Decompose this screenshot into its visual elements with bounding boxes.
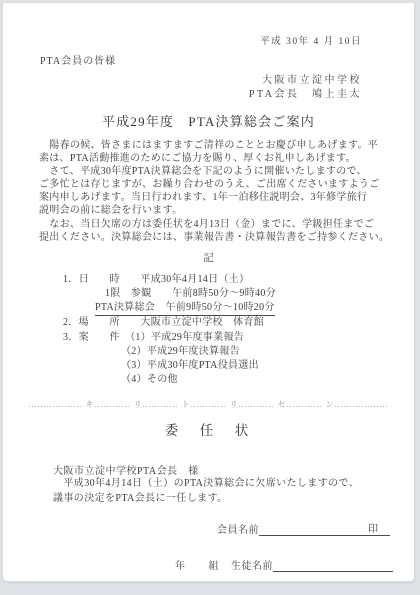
agenda-item: （2）平成29年度決算報告	[121, 345, 414, 359]
record-heading: 記	[3, 250, 414, 265]
recipient-line: PTA会員の皆様	[40, 52, 414, 67]
body-line: さて、平成30年度PTA決算総会を下記のように開催いたしますので、	[39, 165, 380, 178]
body-line: ご多忙とは存じますが、お繰り合わせのうえ、ご出席くださいますようご	[39, 178, 380, 191]
proxy-body-line: 議事の決定をPTA会長に一任します。	[53, 492, 414, 507]
details-list: 1．日 時 平成30年4月14日（土） 1限 参観 午前8時50分～9時40分 …	[63, 273, 414, 388]
grade-label: 年	[175, 557, 186, 572]
member-name-label: 会員名前	[217, 521, 259, 536]
student-name-label: 生徒名前	[231, 557, 273, 572]
detail-session-2-underlined: PTA決算総会 午前9時50分～10時20分	[95, 301, 275, 316]
body-line: なお、当日欠席の方は委任状を4月13日（金）までに、学級担任までご	[39, 218, 380, 231]
member-name-field	[259, 523, 367, 536]
document-viewer: { "document": { "date": "平成 30年 4 月 10日"…	[0, 0, 420, 595]
student-name-field	[273, 559, 393, 572]
sender-block: 大阪市立淀中学校 PTA会長 鳩上圭太	[3, 74, 362, 102]
body-line: 案内申しあげます。当日行われます、1年一泊移住説明会、3年修学旅行	[39, 191, 380, 204]
detail-agenda: 3．案 件 （1）平成29年度事業報告	[63, 331, 414, 345]
student-name-row: 年 組 生徒名前	[175, 557, 414, 572]
proxy-body-line: 平成30年4月14日（土）のPTA決算総会に欠席いたしますので、	[53, 477, 414, 492]
body-paragraphs: 陽春の候、皆さまにはますますご清祥のこととお慶び申しあげます。平 素は、PTA活…	[39, 139, 380, 244]
proxy-addressee: 大阪市立淀中学校PTA会長 様	[53, 462, 414, 477]
detail-datetime: 1．日 時 平成30年4月14日（土）	[63, 273, 414, 287]
proxy-title: 委 任 状	[3, 419, 414, 439]
sender-school: 大阪市立淀中学校	[3, 74, 362, 88]
cut-line: ……………… キ………… リ………… ト………… リ………… セ………… ン………	[3, 399, 414, 410]
document-date: 平成 30年 4 月 10日	[3, 33, 362, 47]
body-line: 説明会の前に総会を行います。	[39, 204, 380, 217]
seal-label: 印	[367, 520, 380, 536]
agenda-item: （4）その他	[121, 373, 414, 387]
body-line: 提出ください。決算総会には、事業報告書・決算報告書をご持参ください。	[39, 231, 380, 244]
body-line: 陽春の候、皆さまにはますますご清祥のこととお慶び申しあげます。平	[39, 139, 380, 152]
document-title: 平成29年度 PTA決算総会ご案内	[3, 111, 414, 130]
detail-session-1: 1限 参観 午前8時50分～9時40分	[105, 287, 414, 301]
sender-name: PTA会長 鳩上圭太	[3, 88, 362, 102]
seal-underline-tail	[380, 523, 390, 536]
document-page: 平成 30年 4 月 10日 PTA会員の皆様 大阪市立淀中学校 PTA会長 鳩…	[2, 2, 415, 582]
class-label: 組	[209, 557, 220, 572]
detail-place: 2．場 所 大阪市立淀中学校 体育館	[63, 316, 414, 330]
member-name-row: 会員名前 印	[217, 520, 414, 536]
body-line: 素は、PTA活動推進のためにご協力を賜り、厚くお礼申しあげます。	[39, 152, 380, 165]
agenda-item: （3）平成30年度PTA役員選出	[121, 359, 414, 373]
